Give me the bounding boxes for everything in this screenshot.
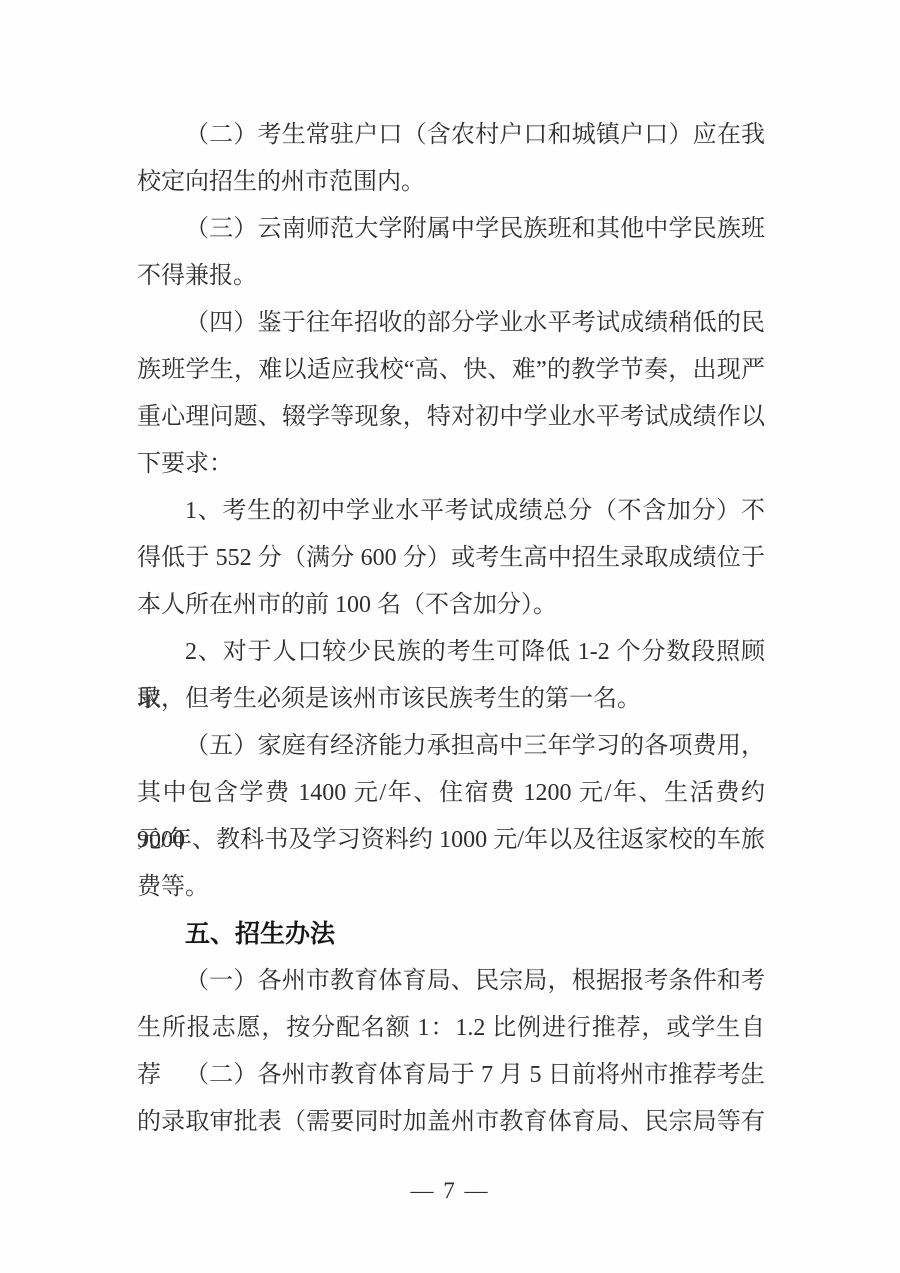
text-line: 1、考生的初中学业水平考试成绩总分（不含加分）不	[137, 488, 765, 535]
text-line: （二）各州市教育体育局于 7 月 5 日前将州市推荐考生	[137, 1052, 765, 1099]
text-line: （五）家庭有经济能力承担高中三年学习的各项费用，	[137, 723, 765, 770]
text-line: 2、对于人口较少民族的考生可降低 1-2 个分数段照顾录	[137, 629, 765, 676]
document-body: （二）考生常驻户口（含农村户口和城镇户口）应在我校定向招生的州市范围内。（三）云…	[137, 112, 765, 1146]
text-line: 的录取审批表（需要同时加盖州市教育体育局、民宗局等有	[137, 1099, 765, 1146]
text-line: 不得兼报。	[137, 253, 765, 300]
text-line: 校定向招生的州市范围内。	[137, 159, 765, 206]
text-line: （二）考生常驻户口（含农村户口和城镇户口）应在我	[137, 112, 765, 159]
text-line: 元/年、教科书及学习资料约 1000 元/年以及往返家校的车旅	[137, 817, 765, 864]
text-line: 族班学生，难以适应我校“高、快、难”的教学节奏，出现严	[137, 347, 765, 394]
text-line: （三）云南师范大学附属中学民族班和其他中学民族班	[137, 206, 765, 253]
text-line: 生所报志愿，按分配名额 1：1.2 比例进行推荐，或学生自荐。	[137, 1005, 765, 1052]
text-line: 重心理问题、辍学等现象，特对初中学业水平考试成绩作以	[137, 394, 765, 441]
text-line: （一）各州市教育体育局、民宗局，根据报考条件和考	[137, 958, 765, 1005]
section-heading: 五、招生办法	[137, 911, 765, 958]
page-number: — 7 —	[0, 1167, 900, 1214]
text-line: 本人所在州市的前 100 名（不含加分）。	[137, 582, 765, 629]
text-line: 得低于 552 分（满分 600 分）或考生高中招生录取成绩位于	[137, 535, 765, 582]
text-line: 其中包含学费 1400 元/年、住宿费 1200 元/年、生活费约 9000	[137, 770, 765, 817]
text-line: （四）鉴于往年招收的部分学业水平考试成绩稍低的民	[137, 300, 765, 347]
text-line: 下要求：	[137, 441, 765, 488]
text-line: 费等。	[137, 864, 765, 911]
text-line: 取，但考生必须是该州市该民族考生的第一名。	[137, 676, 765, 723]
document-page: （二）考生常驻户口（含农村户口和城镇户口）应在我校定向招生的州市范围内。（三）云…	[0, 0, 900, 1273]
